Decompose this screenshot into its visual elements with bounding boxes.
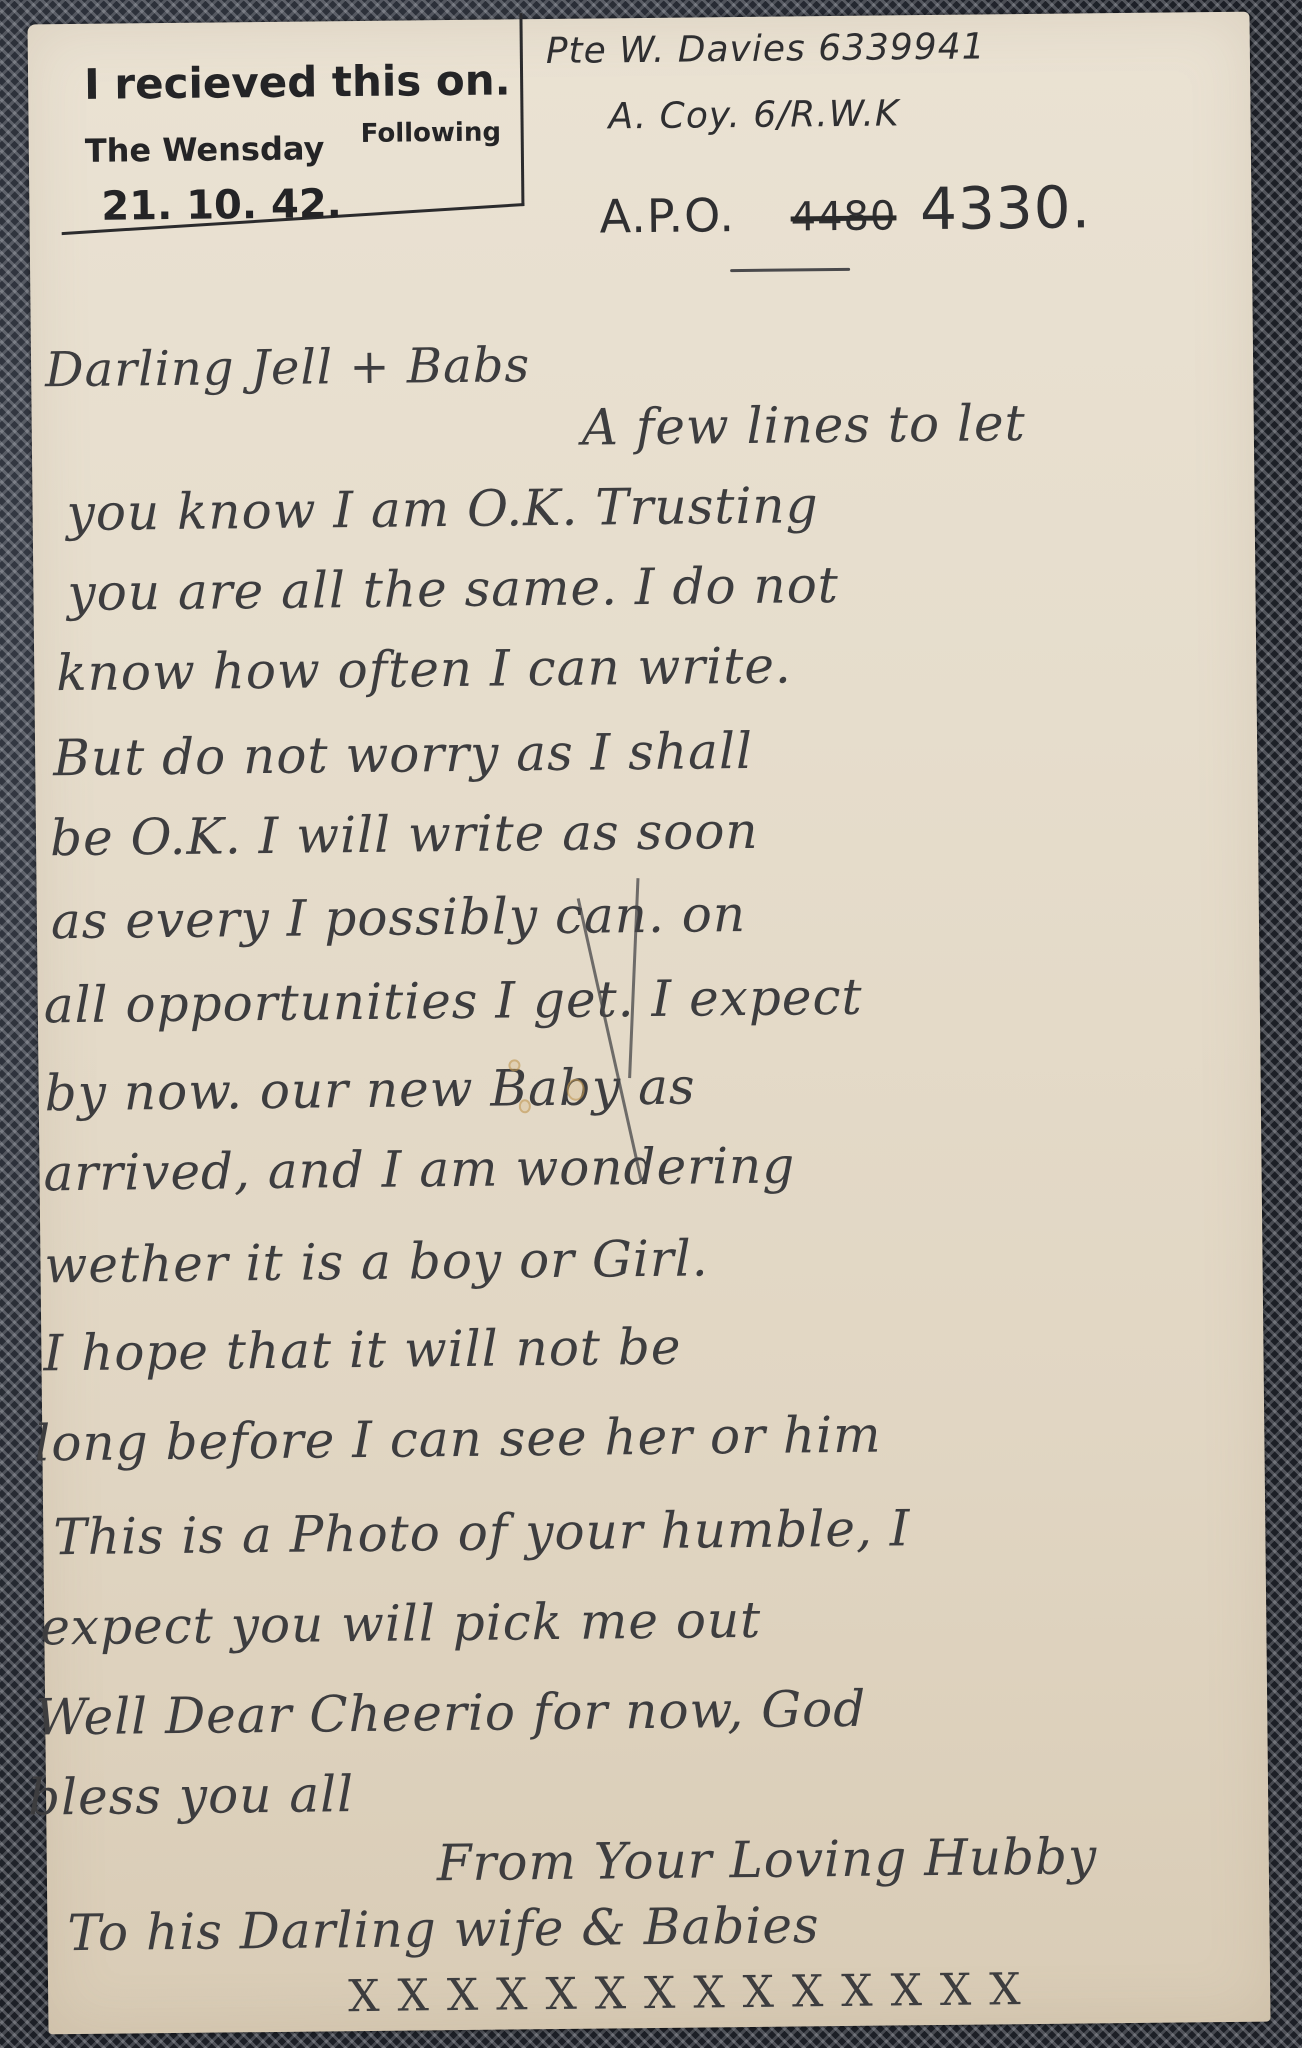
body-line: bless you all <box>28 1765 355 1826</box>
body-line: I hope that it will not be <box>43 1318 682 1383</box>
body-line: you are all the same. I do not <box>67 556 839 622</box>
body-line: be O.K. I will write as soon <box>50 802 759 867</box>
body-line: arrived, and I am wondering <box>43 1136 795 1202</box>
receipt-date: 21. 10. 42. <box>101 181 342 230</box>
body-line: wether it is a boy or Girl. <box>44 1229 709 1294</box>
receipt-note: I recieved this on. The Wensday Followin… <box>60 37 532 242</box>
apo-number: 4330. <box>920 173 1092 243</box>
address-line-3: A.P.O. 4480 4330. <box>599 173 1091 246</box>
body-line: expect you will pick me out <box>40 1591 762 1657</box>
body-line: you know I am O.K. Trusting <box>66 476 819 542</box>
paper-stain <box>519 1099 531 1113</box>
kisses: X X X X X X X X X X X X X X <box>348 1964 1023 2022</box>
body-line: Well Dear Cheerio for now, God <box>35 1680 867 1747</box>
letter-card: I recieved this on. The Wensday Followin… <box>28 12 1271 2035</box>
receipt-line-2b: Following <box>361 118 502 149</box>
dedication: To his Darling wife & Babies <box>67 1896 820 1962</box>
address-underline <box>730 268 850 272</box>
body-line: by now. our new Baby as <box>44 1058 695 1123</box>
salutation: Darling Jell + Babs <box>45 337 531 398</box>
apo-prefix: A.P.O. <box>599 188 735 243</box>
body-line: know how often I can write. <box>56 636 792 702</box>
body-line: as every I possibly can. on <box>51 885 747 950</box>
body-line: A few lines to let <box>581 394 1025 457</box>
closing: From Your Loving Hubby <box>436 1827 1097 1892</box>
apo-struck-number: 4480 <box>790 193 896 240</box>
body-line: But do not worry as I shall <box>53 722 753 787</box>
paper-stain <box>508 1059 520 1071</box>
body-line: long before I can see her or him <box>34 1406 882 1473</box>
receipt-line-2: The Wensday <box>85 129 325 170</box>
address-line-1: Pte W. Davies 6339941 <box>546 26 986 72</box>
paper-stain <box>567 1079 585 1101</box>
receipt-line-1: I recieved this on. <box>84 55 511 108</box>
body-line: all opportunities I get. I expect <box>43 968 862 1035</box>
sender-address: Pte W. Davies 6339941 A. Coy. 6/R.W.K A.… <box>28 12 1250 25</box>
letter-body: A few lines to let you know I am O.K. Tr… <box>28 12 1250 25</box>
body-line: This is a Photo of your humble, I <box>53 1499 911 1566</box>
address-line-2: A. Coy. 6/R.W.K <box>608 93 899 137</box>
